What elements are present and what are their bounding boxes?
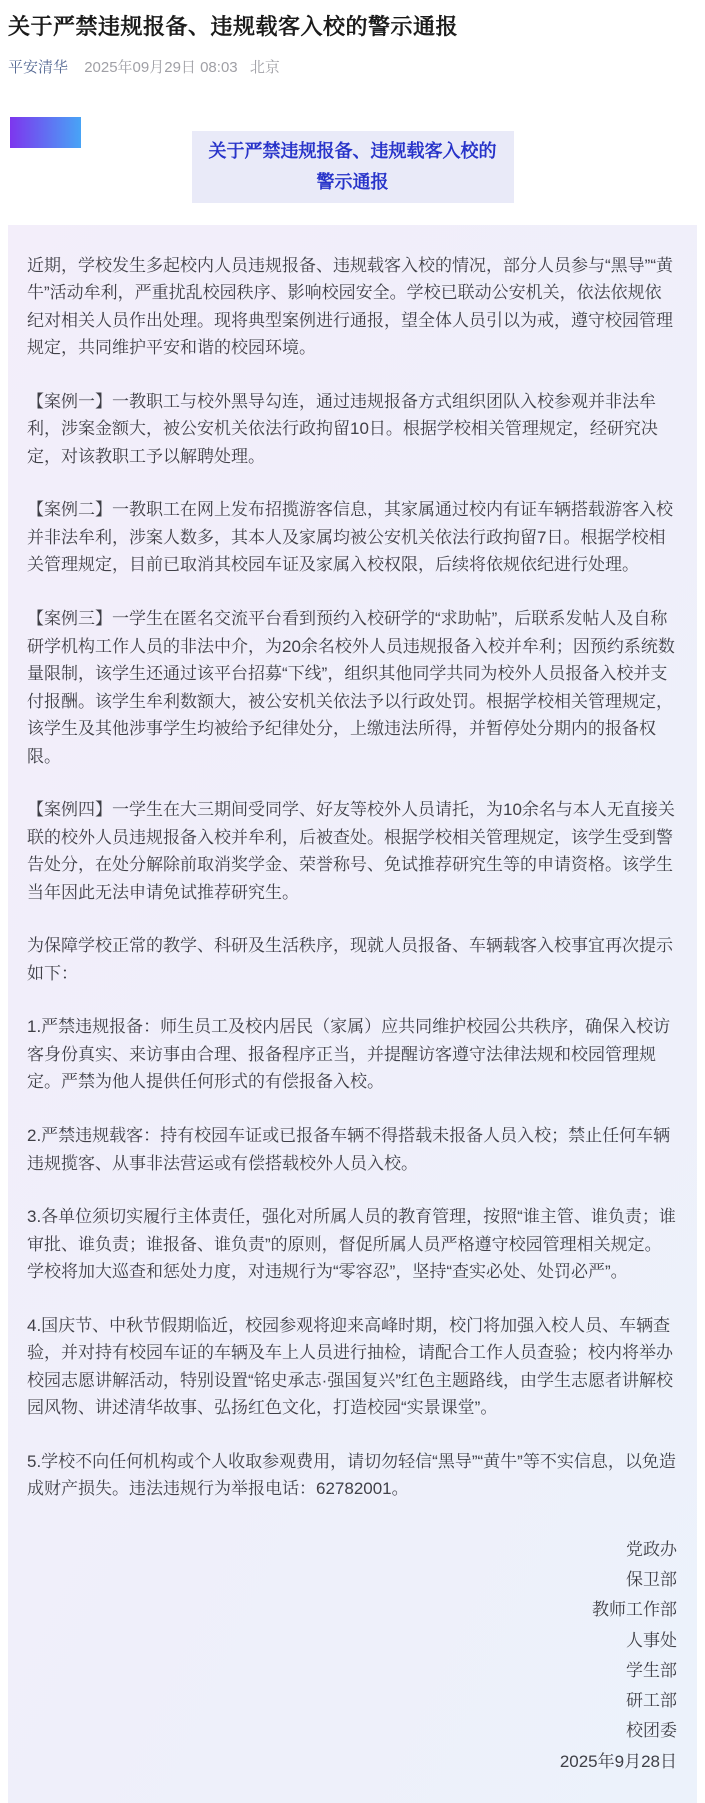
notice-header-area: 关于严禁违规报备、违规载客入校的 警示通报 — [0, 78, 705, 204]
signature-line: 学生部 — [27, 1656, 677, 1686]
signature-date: 2025年9月28日 — [27, 1747, 677, 1777]
signature-line: 研工部 — [27, 1686, 677, 1716]
paragraph-rule-5: 5.学校不向任何机构或个人收取参观费用，请切勿轻信“黑导”“黄牛”等不实信息，以… — [27, 1448, 677, 1503]
paragraph-rule-2: 2.严禁违规载客：持有校园车证或已报备车辆不得搭载未报备人员入校；禁止任何车辆违… — [27, 1122, 677, 1177]
signature-line: 党政办 — [27, 1535, 677, 1565]
account-name-link[interactable]: 平安清华 — [8, 59, 68, 76]
paragraph-reminder-intro: 为保障学校正常的教学、科研及生活秩序，现就人员报备、车辆载客入校事宜再次提示如下… — [27, 932, 677, 987]
article-page: 关于严禁违规报备、违规载客入校的警示通报 平安清华 2025年09月29日 08… — [0, 0, 705, 1803]
paragraph-case-2: 【案例二】一教职工在网上发布招揽游客信息，其家属通过校内有证车辆搭载游客入校并非… — [27, 496, 677, 579]
notice-title-line1: 关于严禁违规报备、违规载客入校的 — [192, 136, 514, 167]
publish-datetime: 2025年09月29日 08:03 — [84, 59, 237, 76]
signature-line: 人事处 — [27, 1626, 677, 1656]
publish-location: 北京 — [250, 59, 280, 76]
paragraph-rule-1: 1.严禁违规报备：师生员工及校内居民（家属）应共同维护校园公共秩序，确保入校访客… — [27, 1013, 677, 1096]
paragraph-case-1: 【案例一】一教职工与校外黑导勾连，通过违规报备方式组织团队入校参观并非法牟利，涉… — [27, 388, 677, 471]
notice-title-line2: 警示通报 — [192, 167, 514, 198]
notice-body: 近期，学校发生多起校内人员违规报备、违规载客入校的情况，部分人员参与“黑导”“黄… — [8, 225, 697, 1803]
paragraph-rule-3: 3.各单位须切实履行主体责任，强化对所属人员的教育管理，按照“谁主管、谁负责；谁… — [27, 1203, 677, 1286]
signature-block: 党政办 保卫部 教师工作部 人事处 学生部 研工部 校团委 2025年9月28日 — [27, 1535, 677, 1777]
paragraph-intro: 近期，学校发生多起校内人员违规报备、违规载客入校的情况，部分人员参与“黑导”“黄… — [27, 252, 677, 362]
paragraph-case-3: 【案例三】一学生在匿名交流平台看到预约入校研学的“求助帖”，后联系发帖人及自称研… — [27, 605, 677, 770]
gradient-decor-rect — [10, 117, 81, 148]
paragraph-case-4: 【案例四】一学生在大三期间受同学、好友等校外人员请托，为10余名与本人无直接关联… — [27, 796, 677, 906]
byline: 平安清华 2025年09月29日 08:03 北京 — [0, 42, 705, 78]
paragraph-rule-4: 4.国庆节、中秋节假期临近，校园参观将迎来高峰时期，校门将加强入校人员、车辆查验… — [27, 1312, 677, 1422]
signature-line: 校团委 — [27, 1716, 677, 1746]
signature-line: 保卫部 — [27, 1565, 677, 1595]
notice-title-box: 关于严禁违规报备、违规载客入校的 警示通报 — [192, 131, 514, 203]
signature-line: 教师工作部 — [27, 1595, 677, 1625]
page-title: 关于严禁违规报备、违规载客入校的警示通报 — [0, 0, 705, 42]
